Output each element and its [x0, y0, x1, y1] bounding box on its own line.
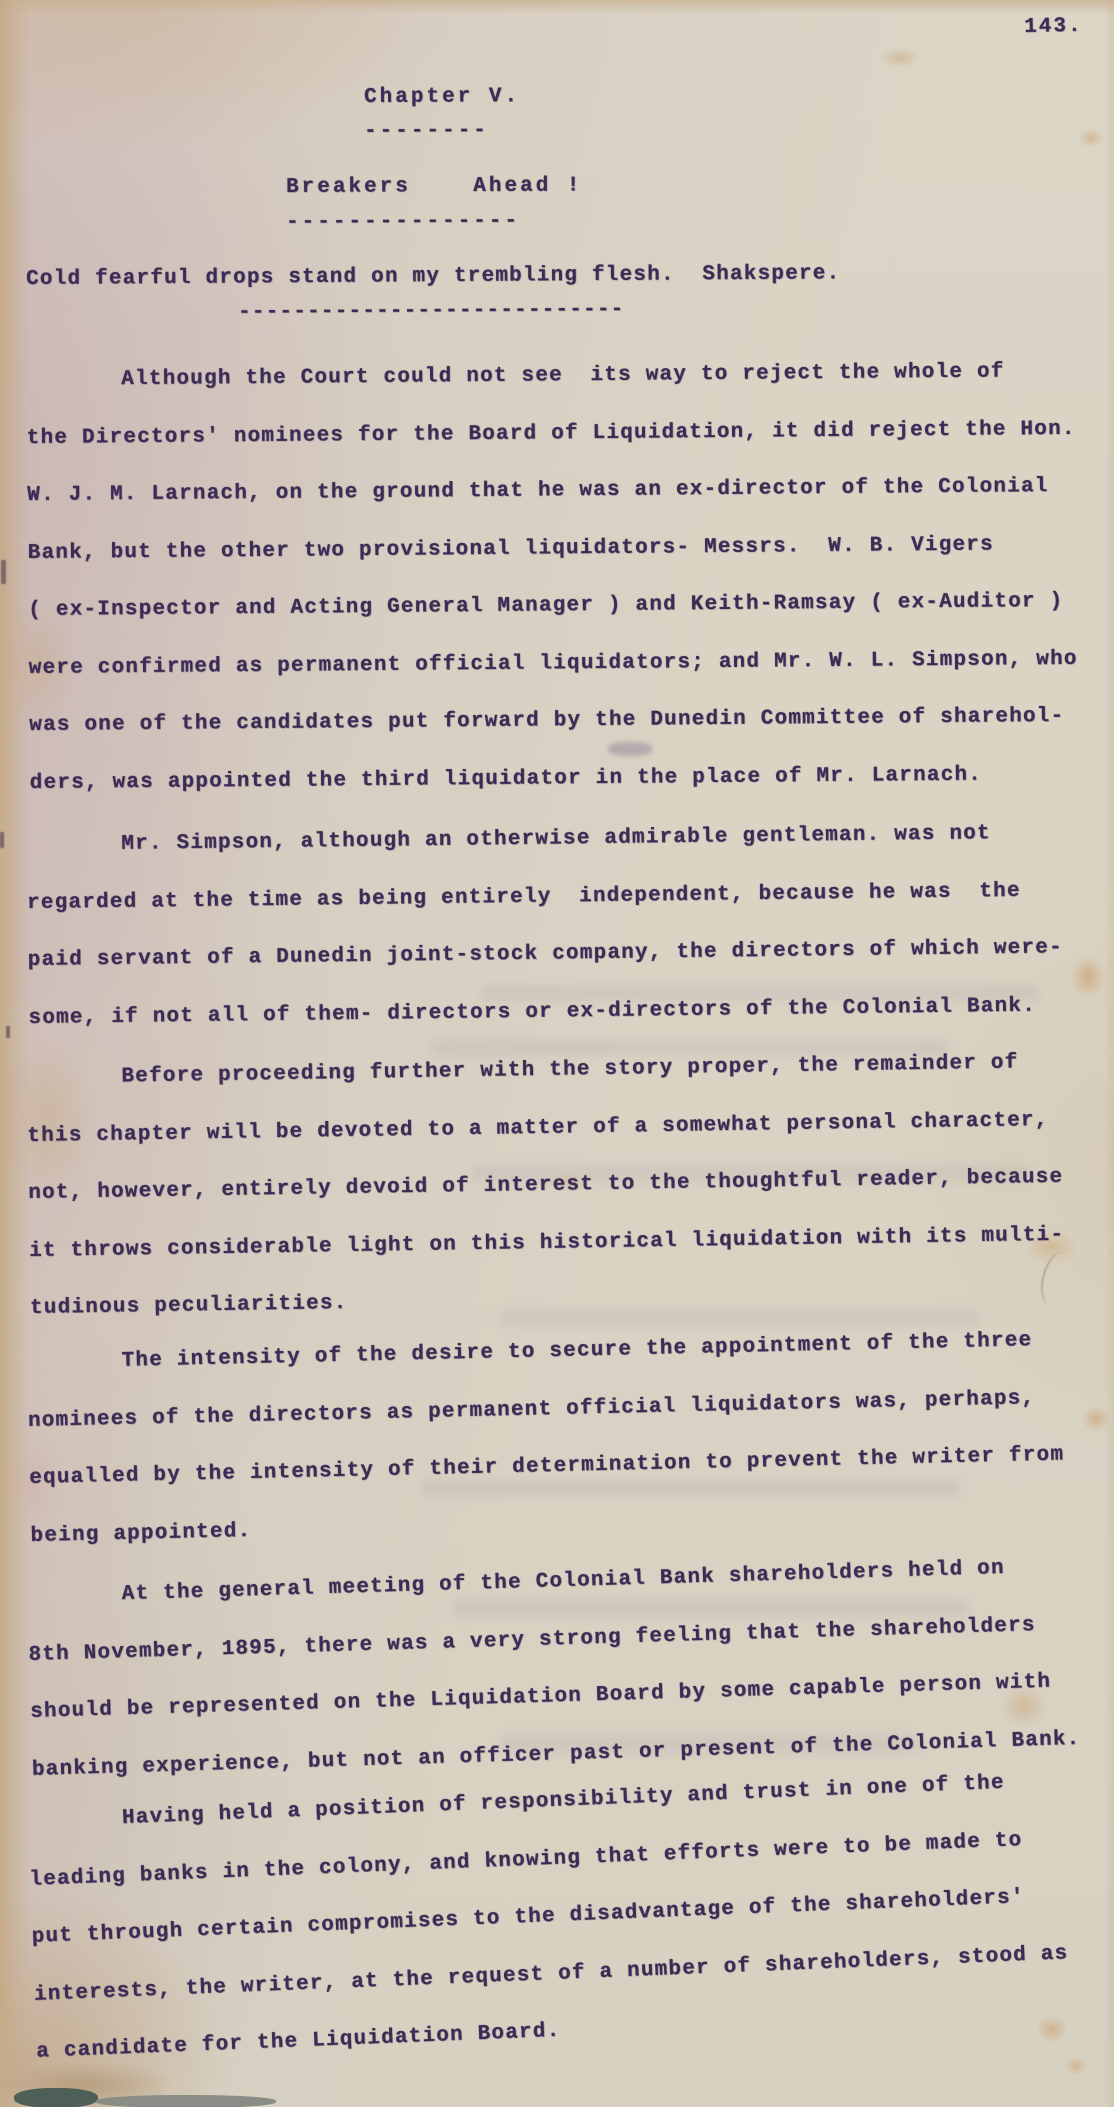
margin-mark — [0, 832, 4, 848]
typed-line: was one of the candidates put forward by… — [29, 688, 1078, 755]
margin-mark — [1, 560, 6, 584]
paragraph: Mr. Simpson, although an otherwise admir… — [26, 804, 1064, 1047]
page-right-edge — [1104, 0, 1114, 2107]
chapter-heading: Chapter V. — [364, 85, 520, 109]
paragraph: Although the Court could not see its way… — [26, 343, 1079, 812]
typed-line: were confirmed as permanent official liq… — [29, 630, 1078, 697]
rust-stain — [1078, 128, 1104, 148]
rust-stain — [1064, 2056, 1088, 2076]
title-rule: --------------- — [286, 210, 520, 234]
page-number: 143. — [1024, 15, 1083, 39]
paragraph: Before proceeding further with the story… — [26, 1034, 1066, 1338]
chapter-title: Breakers Ahead ! — [286, 174, 583, 199]
bottom-edge-blob — [14, 2088, 98, 2107]
typed-line: ( ex-Inspector and Acting General Manage… — [28, 573, 1077, 640]
paragraph: Having held a position of responsibility… — [26, 1752, 1072, 2081]
bottom-edge-blob — [96, 2095, 276, 2107]
typed-line: ders, was appointed the third liquidator… — [30, 745, 1079, 812]
rust-stain — [880, 48, 920, 68]
typed-line: Bank, but the other two provisional liqu… — [28, 515, 1077, 582]
typed-line: the Directors' nominees for the Board of… — [27, 400, 1076, 467]
epigraph-rule: ---------------------------- — [238, 298, 625, 324]
manuscript-page: 143. Chapter V. -------- Breakers Ahead … — [0, 0, 1114, 2107]
paragraph: The intensity of the desire to secure th… — [26, 1312, 1066, 1565]
chapter-rule: -------- — [364, 119, 489, 143]
typed-line: Although the Court could not see its way… — [26, 343, 1075, 410]
rust-stain — [1070, 955, 1106, 999]
epigraph: Cold fearful drops stand on my trembling… — [26, 262, 840, 291]
margin-mark — [6, 1026, 10, 1038]
page-top-edge — [0, 0, 1114, 14]
typed-line: W. J. M. Larnach, on the ground that he … — [27, 458, 1076, 525]
